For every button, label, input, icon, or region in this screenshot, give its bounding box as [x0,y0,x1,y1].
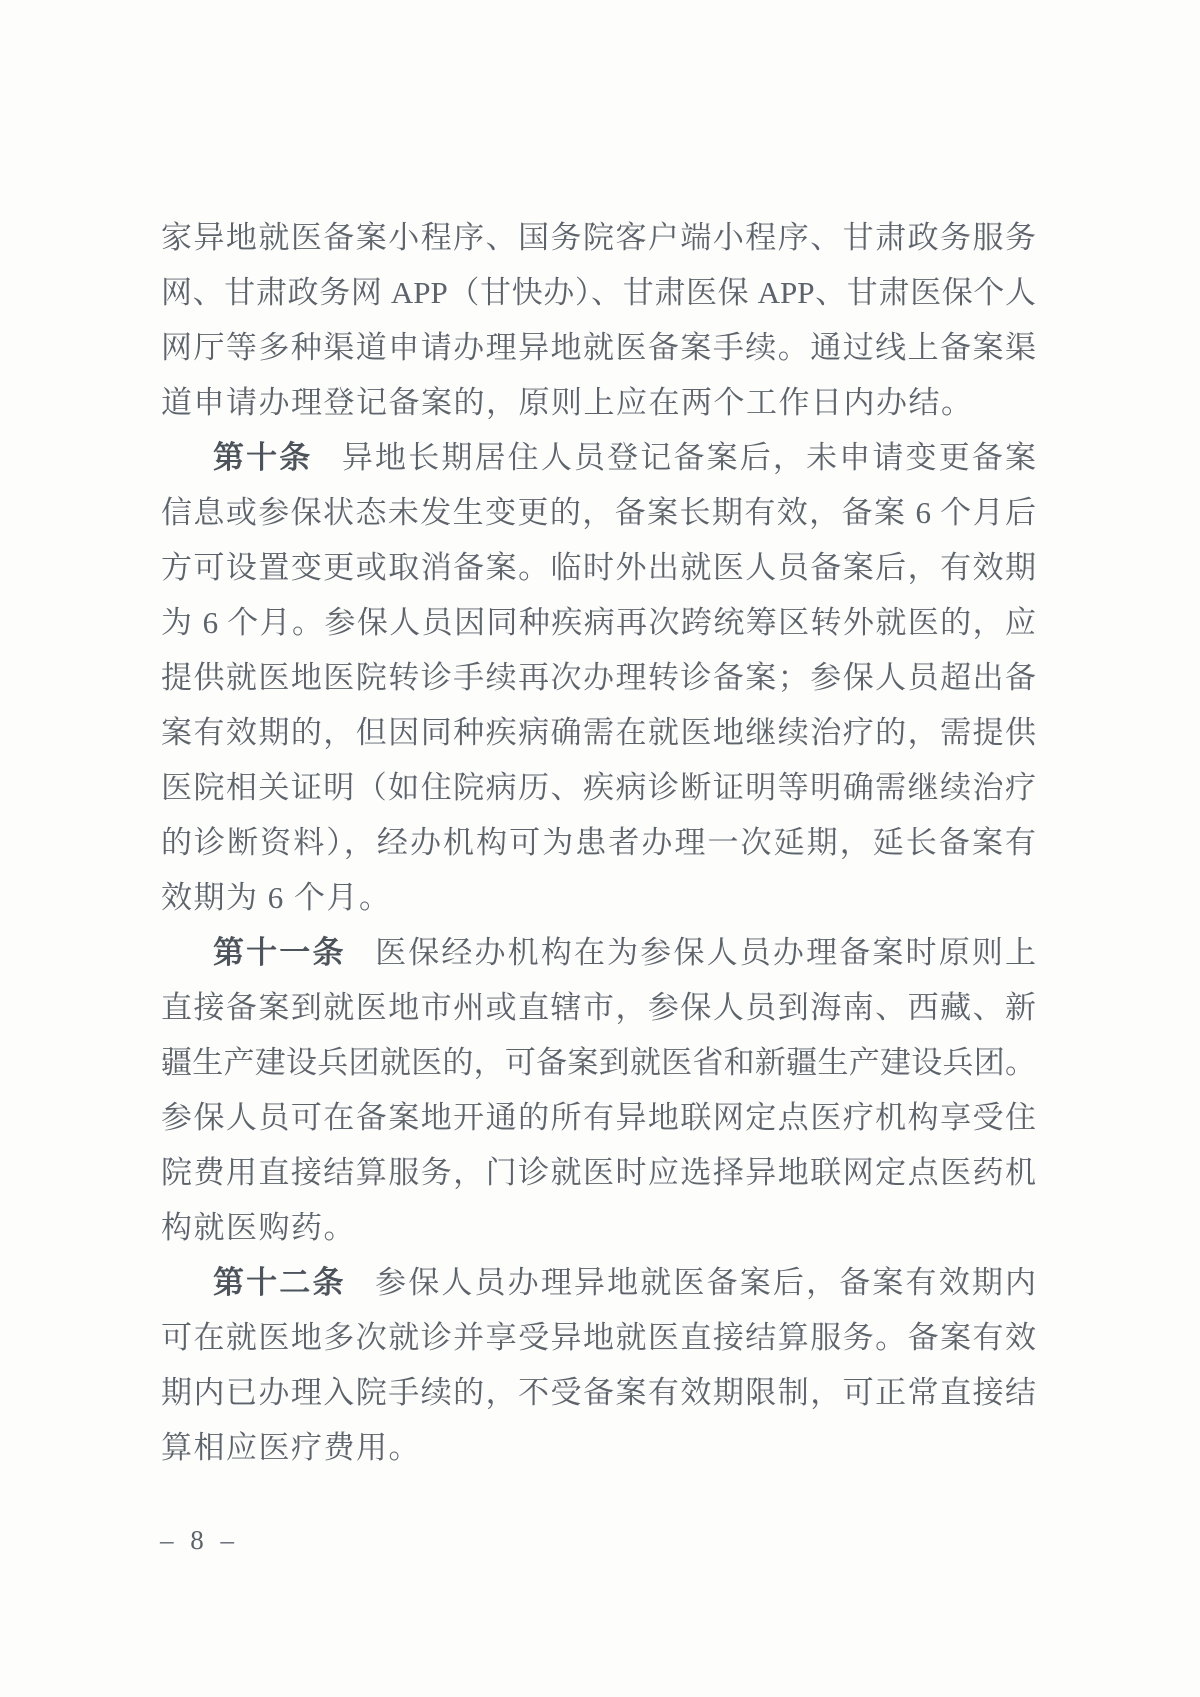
line-text: 道申请办理登记备案的，原则上应在两个工作日内办结。 [161,385,974,420]
line-text: 疆生产建设兵团就医的，可备案到就医省和新疆生产建设兵团。 [161,1045,1036,1080]
line-text: 期内已办理入院手续的，不受备案有效期限制，可正常直接结 [161,1375,1036,1410]
text-line: 疆生产建设兵团就医的，可备案到就医省和新疆生产建设兵团。 [161,1035,1036,1090]
line-text: 参保人员可在备案地开通的所有异地联网定点医疗机构享受住 [161,1100,1036,1135]
line-text: 院费用直接结算服务，门诊就医时应选择异地联网定点医药机 [161,1155,1036,1190]
line-text: 构就医购药。 [161,1210,356,1245]
line-text: 效期为 6 个月。 [161,880,392,915]
text-line: 提供就医地医院转诊手续再次办理转诊备案；参保人员超出备 [161,650,1036,705]
text-line: 为 6 个月。参保人员因同种疾病再次跨统筹区转外就医的，应 [161,595,1036,650]
document-page: 家异地就医备案小程序、国务院客户端小程序、甘肃政务服务 网、甘肃政务网 APP（… [0,0,1200,1697]
article-12-heading: 第十二条 [213,1265,346,1300]
line-text: 算相应医疗费用。 [161,1430,421,1465]
text-line: 直接备案到就医地市州或直辖市，参保人员到海南、西藏、新 [161,980,1036,1035]
text-line: 案有效期的，但因同种疾病确需在就医地继续治疗的，需提供 [161,705,1036,760]
text-line: 方可设置变更或取消备案。临时外出就医人员备案后，有效期 [161,540,1036,595]
text-line: 院费用直接结算服务，门诊就医时应选择异地联网定点医药机 [161,1145,1036,1200]
line-text: 参保人员办理异地就医备案后，备案有效期内 [375,1265,1036,1300]
text-line: 信息或参保状态未发生变更的，备案长期有效，备案 6 个月后 [161,485,1036,540]
text-line: 的诊断资料），经办机构可为患者办理一次延期，延长备案有 [161,815,1036,870]
text-line-article-10: 第十条异地长期居住人员登记备案后，未申请变更备案 [161,430,1036,485]
text-line: 可在就医地多次就诊并享受异地就医直接结算服务。备案有效 [161,1310,1036,1365]
text-line: 参保人员可在备案地开通的所有异地联网定点医疗机构享受住 [161,1090,1036,1145]
text-line: 期内已办理入院手续的，不受备案有效期限制，可正常直接结 [161,1365,1036,1420]
article-11-heading: 第十一条 [213,935,346,970]
line-text: 医保经办机构在为参保人员办理备案时原则上 [375,935,1036,970]
line-text: 直接备案到就医地市州或直辖市，参保人员到海南、西藏、新 [161,990,1036,1025]
line-text: 为 6 个月。参保人员因同种疾病再次跨统筹区转外就医的，应 [161,605,1036,640]
text-line-article-12: 第十二条参保人员办理异地就医备案后，备案有效期内 [161,1255,1036,1310]
line-text: 医院相关证明（如住院病历、疾病诊断证明等明确需继续治疗 [161,770,1036,805]
text-line: 构就医购药。 [161,1200,1036,1255]
text-line-article-11: 第十一条医保经办机构在为参保人员办理备案时原则上 [161,925,1036,980]
line-text: 可在就医地多次就诊并享受异地就医直接结算服务。备案有效 [161,1320,1036,1355]
line-text: 网厅等多种渠道申请办理异地就医备案手续。通过线上备案渠 [161,330,1036,365]
line-text: 信息或参保状态未发生变更的，备案长期有效，备案 6 个月后 [161,495,1036,530]
text-line: 家异地就医备案小程序、国务院客户端小程序、甘肃政务服务 [161,210,1036,265]
line-text: 家异地就医备案小程序、国务院客户端小程序、甘肃政务服务 [161,220,1036,255]
line-text: 提供就医地医院转诊手续再次办理转诊备案；参保人员超出备 [161,660,1036,695]
page-number: – 8 – [160,1522,239,1558]
text-line: 网、甘肃政务网 APP（甘快办）、甘肃医保 APP、甘肃医保个人 [161,265,1036,320]
text-line: 效期为 6 个月。 [161,870,1036,925]
text-line: 医院相关证明（如住院病历、疾病诊断证明等明确需继续治疗 [161,760,1036,815]
line-text: 案有效期的，但因同种疾病确需在就医地继续治疗的，需提供 [161,715,1036,750]
text-line: 网厅等多种渠道申请办理异地就医备案手续。通过线上备案渠 [161,320,1036,375]
line-text: 的诊断资料），经办机构可为患者办理一次延期，延长备案有 [161,825,1036,860]
text-line: 道申请办理登记备案的，原则上应在两个工作日内办结。 [161,375,1036,430]
line-text: 网、甘肃政务网 APP（甘快办）、甘肃医保 APP、甘肃医保个人 [161,275,1036,310]
document-text-block: 家异地就医备案小程序、国务院客户端小程序、甘肃政务服务 网、甘肃政务网 APP（… [161,210,1036,1475]
article-10-heading: 第十条 [213,440,312,475]
line-text: 方可设置变更或取消备案。临时外出就医人员备案后，有效期 [161,550,1036,585]
text-line: 算相应医疗费用。 [161,1420,1036,1475]
line-text: 异地长期居住人员登记备案后，未申请变更备案 [342,440,1036,475]
